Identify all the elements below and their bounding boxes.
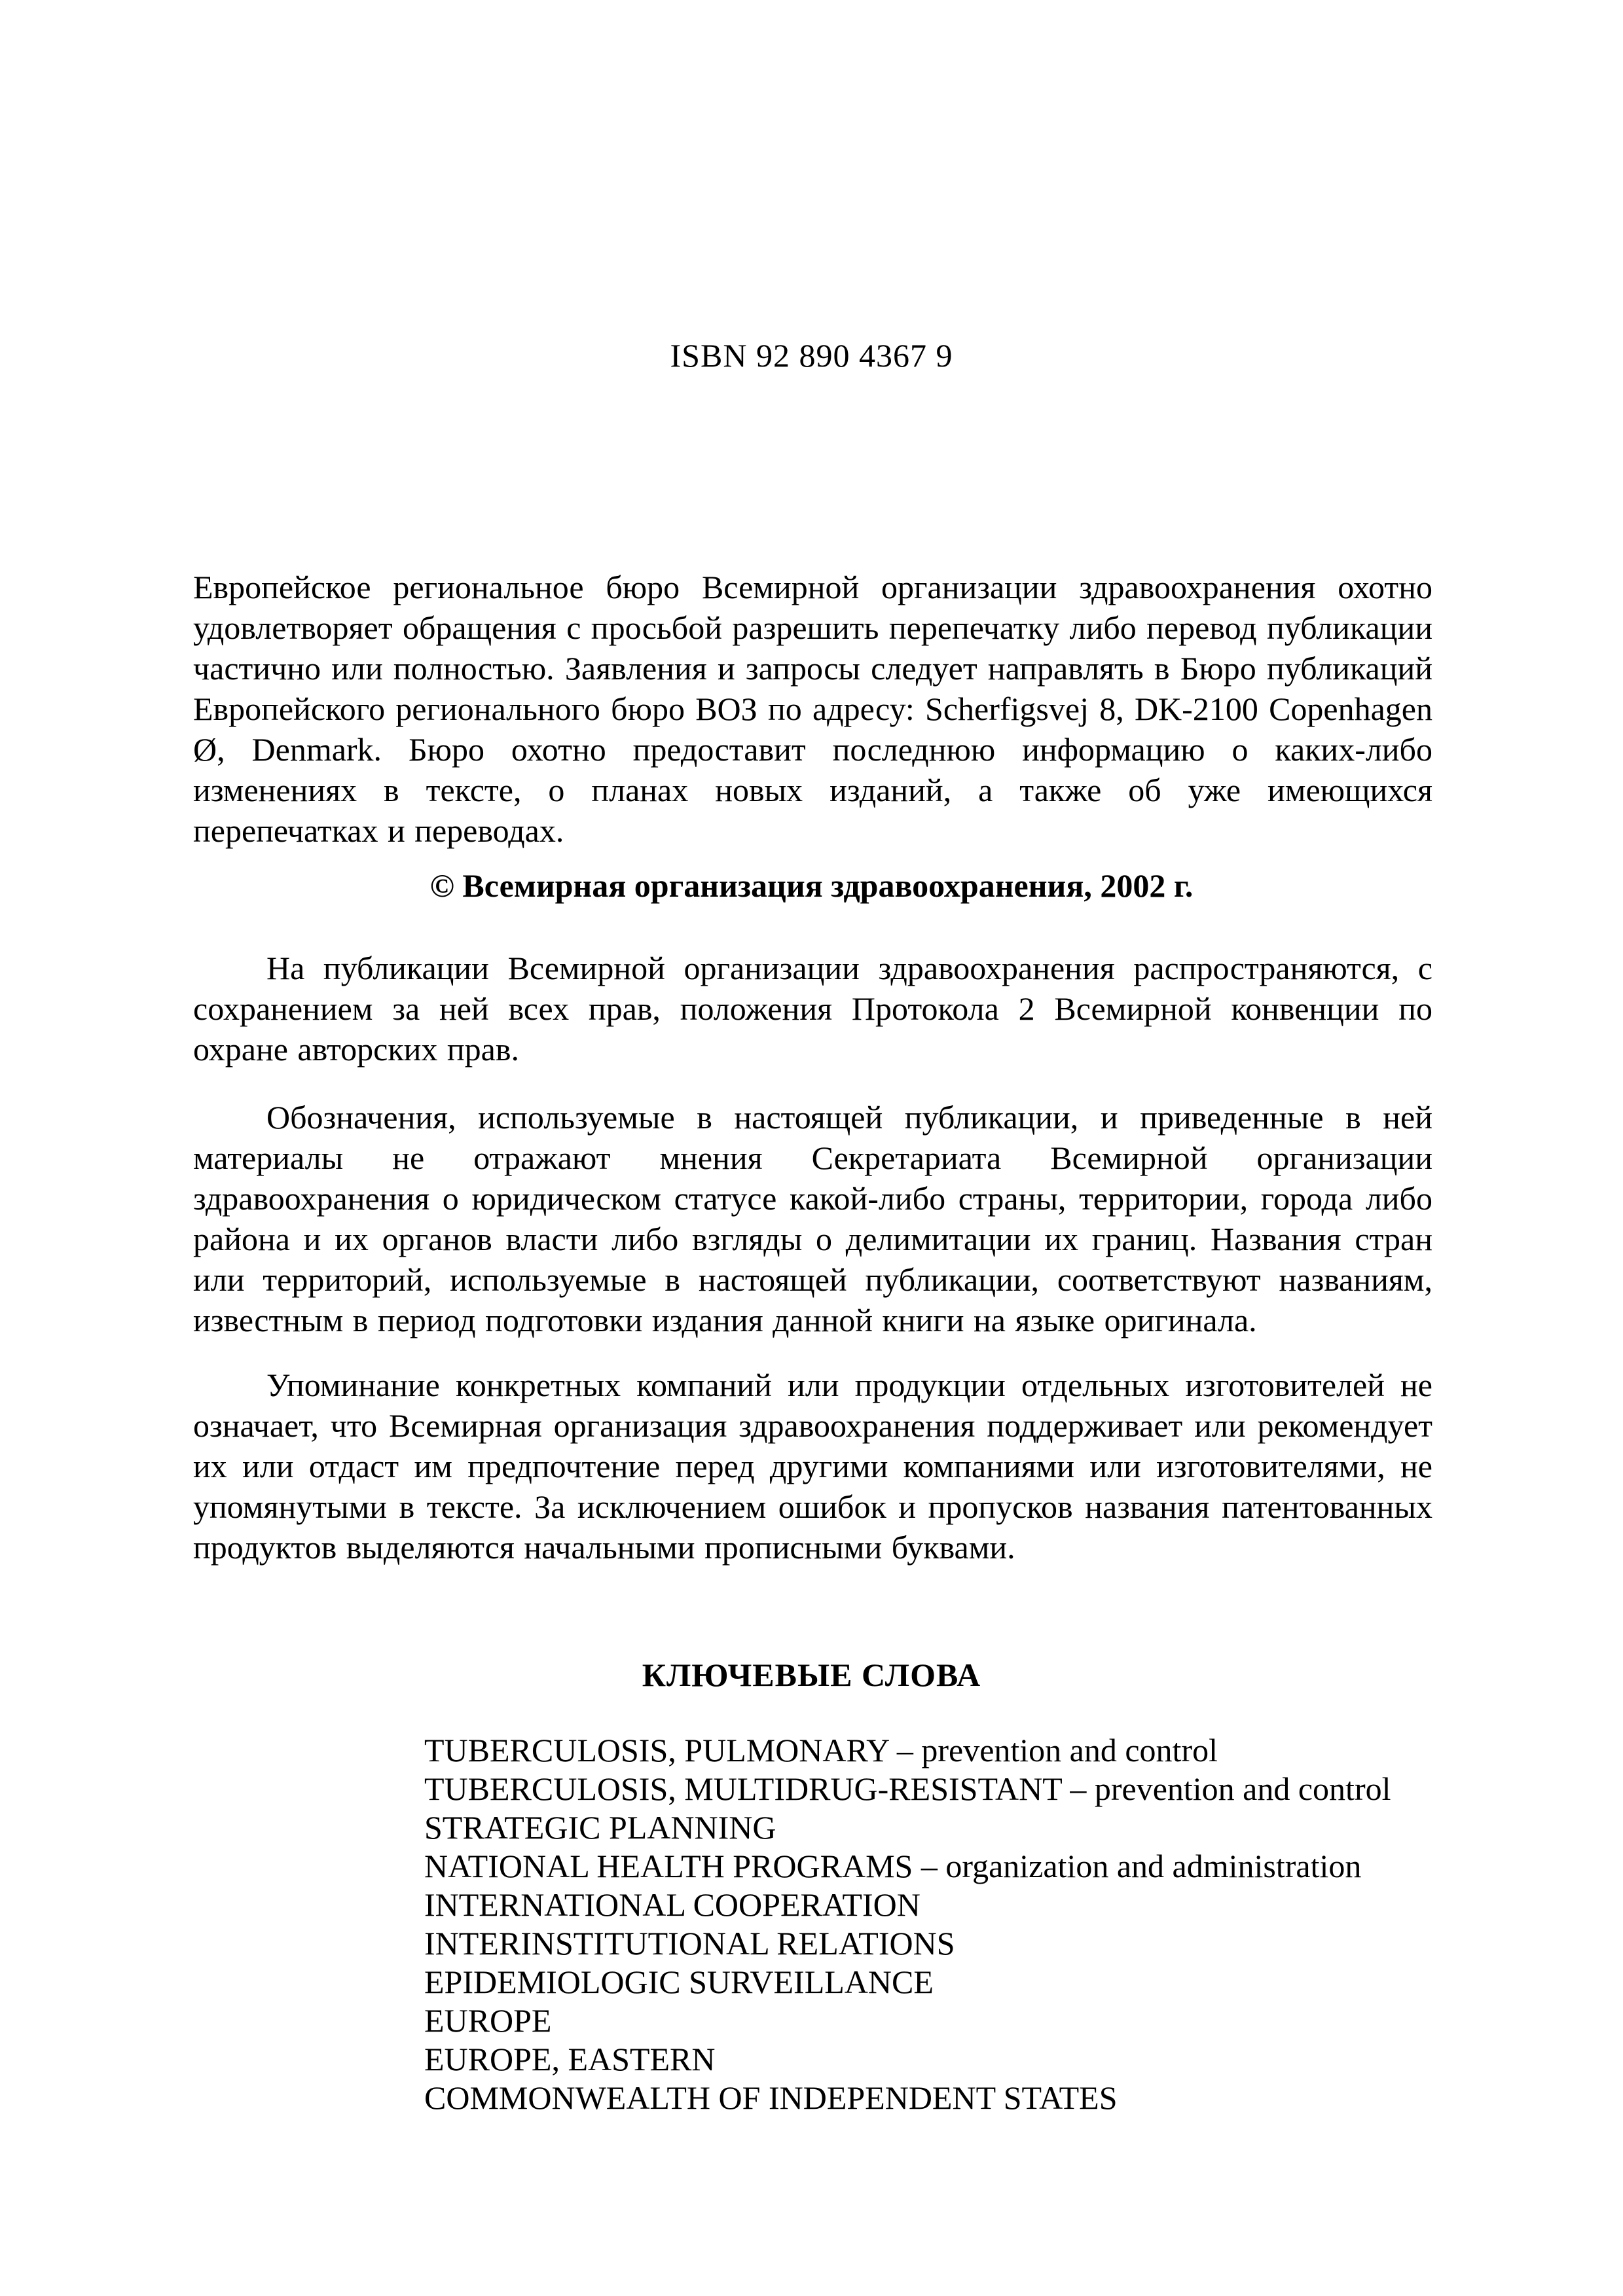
keyword-item: TUBERCULOSIS, MULTIDRUG-RESISTANT – prev… (424, 1770, 1446, 1808)
document-page: ISBN 92 890 4367 9 Европейское региональ… (0, 0, 1623, 2296)
keyword-item: COMMONWEALTH OF INDEPENDENT STATES (424, 2079, 1446, 2117)
rights-paragraph: На публикации Всемирной организации здра… (193, 948, 1432, 1069)
trademarks-paragraph: Упоминание конкретных компаний или проду… (193, 1365, 1432, 1568)
keyword-item: EPIDEMIOLOGIC SURVEILLANCE (424, 1963, 1446, 2001)
keyword-item: EUROPE, EASTERN (424, 2040, 1446, 2079)
keyword-item: EUROPE (424, 2001, 1446, 2040)
isbn-number: ISBN 92 890 4367 9 (0, 335, 1623, 376)
copyright-notice: © Всемирная организация здравоохранения,… (0, 865, 1623, 906)
keywords-list: TUBERCULOSIS, PULMONARY – prevention and… (424, 1731, 1446, 2117)
permissions-paragraph: Европейское региональное бюро Всемирной … (193, 567, 1432, 851)
keyword-item: NATIONAL HEALTH PROGRAMS – organization … (424, 1847, 1446, 1886)
keyword-item: STRATEGIC PLANNING (424, 1808, 1446, 1847)
keywords-heading: КЛЮЧЕВЫЕ СЛОВА (0, 1655, 1623, 1695)
designations-paragraph: Обозначения, используемые в настоящей пу… (193, 1097, 1432, 1340)
keyword-item: TUBERCULOSIS, PULMONARY – prevention and… (424, 1731, 1446, 1770)
keyword-item: INTERINSTITUTIONAL RELATIONS (424, 1924, 1446, 1963)
keyword-item: INTERNATIONAL COOPERATION (424, 1886, 1446, 1924)
